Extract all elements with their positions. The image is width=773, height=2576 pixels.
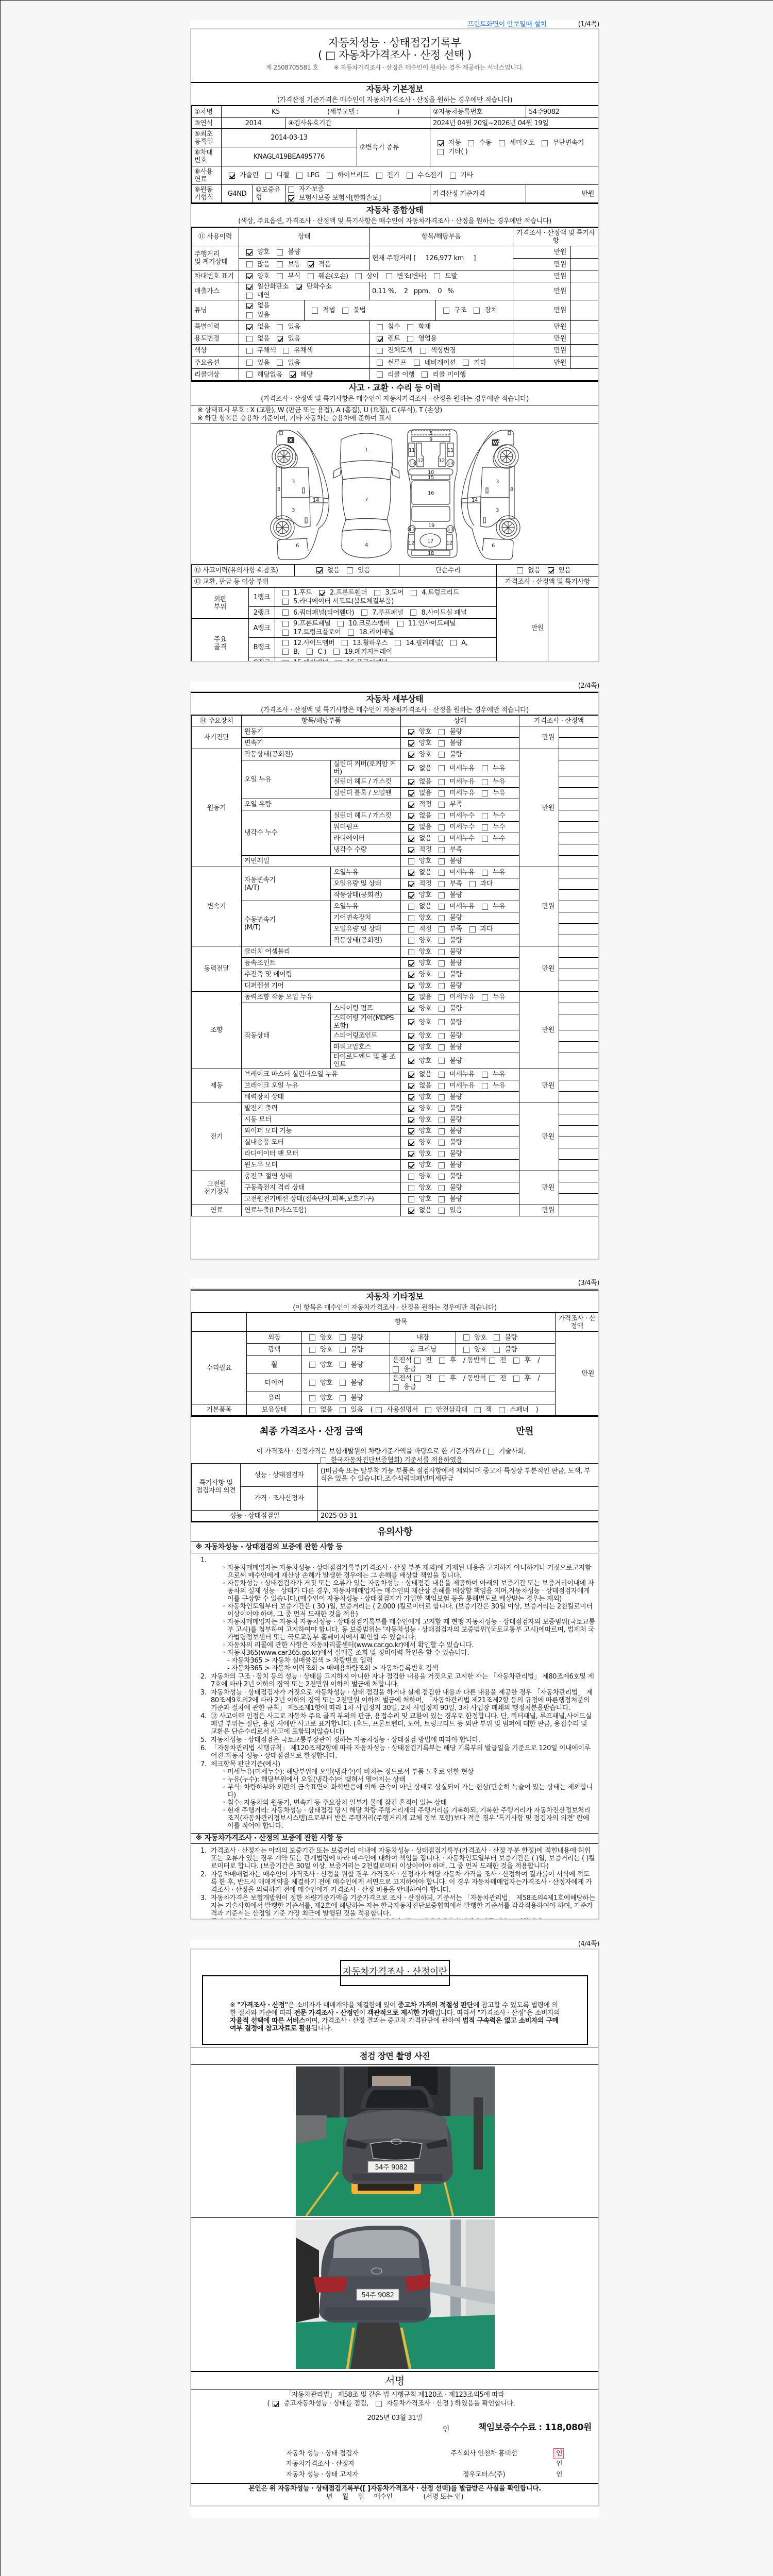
checkbox[interactable] xyxy=(338,621,344,627)
transmission-options-option[interactable]: 자동 xyxy=(438,139,461,147)
checked-checkbox[interactable] xyxy=(277,336,283,342)
rank-a-options-option[interactable]: 10.크로스멤버 xyxy=(338,619,390,628)
gloss-options-option[interactable]: 불량 xyxy=(340,1345,363,1354)
status-options-option[interactable]: 불량 xyxy=(439,1093,462,1101)
checked-checkbox[interactable] xyxy=(408,1151,414,1157)
checkbox[interactable] xyxy=(439,1174,445,1180)
checkbox[interactable] xyxy=(246,348,253,354)
status-options-option[interactable]: 없음 xyxy=(408,777,431,786)
rank-1-options-option[interactable]: 1.후드 xyxy=(282,588,312,597)
checked-checkbox[interactable] xyxy=(408,1044,414,1050)
status-options-option[interactable]: 양호 xyxy=(408,1004,431,1013)
status-options-option[interactable]: 불량 xyxy=(439,913,462,922)
checkbox[interactable] xyxy=(439,836,445,842)
status-options-option[interactable]: 불량 xyxy=(439,1018,462,1027)
vin-mark-options-option[interactable]: 양호 xyxy=(246,272,270,281)
checkbox[interactable] xyxy=(282,609,289,616)
status-options-option[interactable]: 양호 xyxy=(408,1195,431,1204)
checkbox[interactable] xyxy=(335,660,342,663)
glass-options-option[interactable]: 양호 xyxy=(309,1394,332,1402)
checkbox[interactable] xyxy=(439,765,445,771)
checkbox[interactable] xyxy=(246,293,253,299)
checkbox[interactable] xyxy=(414,360,420,366)
status-options-option[interactable]: 누유 xyxy=(482,789,505,798)
checkbox[interactable] xyxy=(307,649,313,655)
simple-repair-options-option[interactable]: 없음 xyxy=(517,566,540,575)
status-options-option[interactable]: 누유 xyxy=(482,902,505,911)
tuning-type-options-option[interactable]: 구조 xyxy=(443,306,466,315)
transmission-options-option[interactable]: 기타( ) xyxy=(438,147,467,156)
status-options-option[interactable]: 불량 xyxy=(439,857,462,866)
checkbox[interactable] xyxy=(482,904,488,910)
fuel-options-option[interactable]: 기타 xyxy=(450,171,473,180)
accident-history-options-option[interactable]: 있음 xyxy=(347,566,370,575)
tire-position-options-option[interactable]: 후 xyxy=(513,1374,530,1383)
special-history-items-option[interactable]: 침수 xyxy=(377,323,400,331)
checkbox[interactable] xyxy=(439,983,445,989)
status-options-option[interactable]: 누유 xyxy=(482,993,505,1002)
tuning-status-options-option[interactable]: 없음 xyxy=(246,301,301,310)
glass-options-option[interactable]: 불량 xyxy=(340,1394,363,1402)
recall-status-option[interactable]: 해당없음 xyxy=(246,370,282,379)
checked-checkbox[interactable] xyxy=(408,972,414,978)
checkbox[interactable] xyxy=(475,1407,481,1413)
checkbox[interactable] xyxy=(439,1019,445,1025)
status-options-option[interactable]: 부족 xyxy=(439,845,462,854)
checkbox[interactable] xyxy=(397,621,404,627)
status-options-option[interactable]: 미세누유 xyxy=(439,868,475,877)
status-options-option[interactable]: 불량 xyxy=(439,1031,462,1040)
basic-kit-options-option[interactable]: 잭 xyxy=(475,1405,492,1414)
checkbox[interactable] xyxy=(439,1117,445,1123)
checkbox[interactable] xyxy=(377,371,383,378)
rank-b-options-option[interactable]: B, xyxy=(282,648,299,656)
checked-checkbox[interactable] xyxy=(229,173,235,179)
usage-change-status-option[interactable]: 있음 xyxy=(277,334,300,343)
checked-checkbox[interactable] xyxy=(316,567,323,573)
checkbox[interactable] xyxy=(393,1384,399,1391)
vin-mark-options-option[interactable]: 훼손(오손) xyxy=(308,272,348,281)
checkbox[interactable] xyxy=(489,1358,495,1364)
fuel-options-option[interactable]: 전기 xyxy=(376,171,399,180)
vin-mark-options-option[interactable]: 부식 xyxy=(277,272,300,281)
checkbox[interactable] xyxy=(482,836,488,842)
checked-checkbox[interactable] xyxy=(319,590,325,596)
status-options-option[interactable]: 불량 xyxy=(439,1183,462,1192)
checkbox[interactable] xyxy=(482,1083,488,1089)
checkbox[interactable] xyxy=(439,881,445,887)
checked-checkbox[interactable] xyxy=(408,1072,414,1078)
checkbox[interactable] xyxy=(439,949,445,955)
fuel-options-option[interactable]: 디젤 xyxy=(265,171,289,180)
mileage-amount-options-option[interactable]: 많음 xyxy=(246,260,270,269)
tire-position-options-option[interactable]: 전 xyxy=(489,1374,506,1383)
status-options-option[interactable]: 미세누유 xyxy=(439,1070,475,1079)
status-options-option[interactable]: 불량 xyxy=(439,981,462,990)
status-options-option[interactable]: 양호 xyxy=(408,1172,431,1181)
checkbox[interactable] xyxy=(439,1162,445,1168)
checkbox[interactable] xyxy=(408,915,414,921)
checkbox[interactable] xyxy=(489,1376,495,1382)
fuel-options-option[interactable]: LPG xyxy=(296,171,320,180)
status-options-option[interactable]: 양호 xyxy=(408,1057,431,1065)
status-options-option[interactable]: 적정 xyxy=(408,800,431,809)
checkbox[interactable] xyxy=(333,649,340,655)
rank-b-options-option[interactable]: C ) xyxy=(307,648,326,656)
rank-a-options-option[interactable]: 17.트렁크플로어 xyxy=(282,628,341,637)
status-options-option[interactable]: 누수 xyxy=(482,811,505,820)
rank-1-options-option[interactable]: 4.트렁크리드 xyxy=(411,588,459,597)
recall-status-option[interactable]: 해당 xyxy=(290,370,313,379)
status-options-option[interactable]: 불량 xyxy=(439,947,462,956)
warranty-options-option[interactable]: 보험사보증 보험사[한화손보] xyxy=(288,194,381,202)
price-basis-statement-option[interactable]: 한국자동차진단보증협회) 기준서를 적용하였음 xyxy=(320,1456,462,1465)
checkbox[interactable] xyxy=(439,1058,445,1064)
status-options-option[interactable]: 없음 xyxy=(408,789,431,798)
checkbox[interactable] xyxy=(439,972,445,978)
checkbox[interactable] xyxy=(377,360,383,366)
rank-c-options-option[interactable]: 15.대쉬패널 xyxy=(282,658,328,662)
special-history-status-option[interactable]: 없음 xyxy=(246,323,270,331)
status-options-option[interactable]: 없음 xyxy=(408,811,431,820)
rank-b-options-option[interactable]: A, xyxy=(450,639,467,648)
basic-kit-options-option[interactable]: 사용설명서 xyxy=(376,1405,418,1414)
checked-checkbox[interactable] xyxy=(408,1162,414,1168)
checkbox[interactable] xyxy=(342,640,348,646)
accident-history-options-option[interactable]: 없음 xyxy=(316,566,340,575)
checkbox[interactable] xyxy=(414,1376,421,1382)
tuning-status-options-option[interactable]: 있음 xyxy=(246,311,301,319)
checkbox[interactable] xyxy=(469,926,476,933)
checkbox[interactable] xyxy=(439,790,445,796)
tuning-legality-options-option[interactable]: 불법 xyxy=(342,306,365,315)
interior-options-option[interactable]: 불량 xyxy=(494,1333,517,1342)
wheel-position-options-option[interactable]: 전 xyxy=(489,1356,506,1365)
checkbox[interactable] xyxy=(450,173,456,179)
checkbox[interactable] xyxy=(439,729,445,735)
checkbox[interactable] xyxy=(425,1407,431,1413)
basic-kit-options-option[interactable]: 안전삼각대 xyxy=(425,1405,467,1414)
checkbox[interactable] xyxy=(410,609,416,616)
main-options-status-option[interactable]: 있음 xyxy=(246,359,270,367)
checkbox[interactable] xyxy=(439,802,445,808)
status-options-option[interactable]: 적정 xyxy=(408,925,431,934)
checkbox[interactable] xyxy=(356,273,362,279)
status-options-option[interactable]: 미세누유 xyxy=(439,789,475,798)
status-options-option[interactable]: 미세누수 xyxy=(439,811,475,820)
checkbox[interactable] xyxy=(308,273,314,279)
checkbox[interactable] xyxy=(282,660,289,663)
wheel-position-options-option[interactable]: 후 xyxy=(439,1356,456,1365)
checked-checkbox[interactable] xyxy=(408,740,414,747)
status-options-option[interactable]: 불량 xyxy=(439,1115,462,1124)
checkbox[interactable] xyxy=(439,926,445,933)
checkbox[interactable] xyxy=(439,1083,445,1089)
mileage-amount-options-option[interactable]: 보통 xyxy=(277,260,300,269)
checkbox[interactable] xyxy=(513,1358,519,1364)
checkbox[interactable] xyxy=(288,187,294,193)
checked-checkbox[interactable] xyxy=(408,847,414,853)
rank-b-options-option[interactable]: 12.사이드멤버 xyxy=(282,639,334,648)
checkbox[interactable] xyxy=(439,779,445,785)
rank-a-options-option[interactable]: 18.리어패널 xyxy=(348,628,394,637)
checkbox[interactable] xyxy=(320,1458,326,1464)
status-options-option[interactable]: 미세누유 xyxy=(439,777,475,786)
checkbox[interactable] xyxy=(309,1334,315,1341)
checkbox[interactable] xyxy=(439,1128,445,1134)
status-options-option[interactable]: 양호 xyxy=(408,1104,431,1113)
checked-checkbox[interactable] xyxy=(408,1106,414,1112)
warranty-options-option[interactable]: 자가보증 xyxy=(288,185,324,194)
checkbox[interactable] xyxy=(309,1347,315,1353)
checkbox[interactable] xyxy=(282,590,289,596)
wheel-position-options-option[interactable]: 후 xyxy=(513,1356,530,1365)
status-options-option[interactable]: 누유 xyxy=(482,868,505,877)
checked-checkbox[interactable] xyxy=(408,836,414,842)
checkbox[interactable] xyxy=(327,173,333,179)
status-options-option[interactable]: 양호 xyxy=(408,913,431,922)
checked-checkbox[interactable] xyxy=(408,802,414,808)
status-options-option[interactable]: 양호 xyxy=(408,1149,431,1158)
checkbox[interactable] xyxy=(439,1072,445,1078)
status-options-option[interactable]: 과다 xyxy=(469,925,493,934)
checked-checkbox[interactable] xyxy=(408,779,414,785)
color-status-option[interactable]: 무채색 xyxy=(246,346,276,355)
mileage-amount-options-option[interactable]: 적음 xyxy=(308,260,331,269)
status-options-option[interactable]: 불량 xyxy=(439,750,462,759)
exterior-options-option[interactable]: 양호 xyxy=(309,1333,332,1342)
status-options-option[interactable]: 양호 xyxy=(408,727,431,736)
checkbox[interactable] xyxy=(265,173,272,179)
checkbox[interactable] xyxy=(439,740,445,747)
checked-checkbox[interactable] xyxy=(290,371,296,378)
vin-mark-options-option[interactable]: 도말 xyxy=(434,272,457,281)
checked-checkbox[interactable] xyxy=(408,1033,414,1039)
usage-change-items-option[interactable]: 영업용 xyxy=(407,334,436,343)
checked-checkbox[interactable] xyxy=(438,140,444,146)
checkbox[interactable] xyxy=(348,630,354,636)
rank-b-options-option[interactable]: 19.패키지트레이 xyxy=(333,648,392,656)
status-options-option[interactable]: 누유 xyxy=(482,1081,505,1090)
rank-a-options-option[interactable]: 9.프론트패널 xyxy=(282,619,330,628)
checkbox[interactable] xyxy=(377,348,383,354)
print-install-link[interactable]: 프린트화면이 안보일때 설치 xyxy=(467,20,546,29)
wheel-position-options-option[interactable]: 응급 xyxy=(393,1365,416,1374)
exterior-options-option[interactable]: 불량 xyxy=(340,1333,363,1342)
checkbox[interactable] xyxy=(408,1185,414,1191)
checked-checkbox[interactable] xyxy=(408,765,414,771)
checkbox[interactable] xyxy=(408,938,414,944)
checkbox[interactable] xyxy=(296,173,303,179)
checkbox[interactable] xyxy=(340,1347,346,1353)
checkbox[interactable] xyxy=(407,324,413,330)
rank-2-options-option[interactable]: 8.사이드실 패널 xyxy=(410,608,466,617)
status-options-option[interactable]: 없음 xyxy=(408,993,431,1002)
checkbox[interactable] xyxy=(340,1362,346,1368)
checkbox[interactable] xyxy=(309,1407,315,1413)
checkbox[interactable] xyxy=(443,308,449,314)
checked-checkbox[interactable] xyxy=(408,892,414,899)
status-options-option[interactable]: 없음 xyxy=(408,764,431,773)
checkbox[interactable] xyxy=(414,1358,421,1364)
checkbox[interactable] xyxy=(474,308,480,314)
rank-2-options-option[interactable]: 6.쿼터패널(리어휀다) xyxy=(282,608,354,617)
checked-checkbox[interactable] xyxy=(408,1094,414,1100)
status-options-option[interactable]: 미세누유 xyxy=(439,993,475,1002)
tuning-type-options-option[interactable]: 장치 xyxy=(474,306,497,315)
checkbox[interactable] xyxy=(499,1407,505,1413)
checkbox[interactable] xyxy=(439,938,445,944)
checkbox[interactable] xyxy=(361,609,367,616)
checkbox[interactable] xyxy=(340,1380,346,1386)
status-options-option[interactable]: 불량 xyxy=(439,1149,462,1158)
color-items-option[interactable]: 색상변경 xyxy=(420,346,456,355)
checkbox[interactable] xyxy=(439,1033,445,1039)
status-options-option[interactable]: 미세누유 xyxy=(439,902,475,911)
checkbox[interactable] xyxy=(393,1366,399,1372)
basic-kit-options-option[interactable]: 있음 xyxy=(340,1405,363,1414)
status-options-option[interactable]: 없음 xyxy=(408,834,431,843)
main-options-status-option[interactable]: 없음 xyxy=(277,359,300,367)
checked-checkbox[interactable] xyxy=(408,752,414,758)
special-history-status-option[interactable]: 있음 xyxy=(277,323,300,331)
checkbox[interactable] xyxy=(312,308,318,314)
simple-repair-options-option[interactable]: 있음 xyxy=(548,566,571,575)
room-cleaning-options-option[interactable]: 불량 xyxy=(494,1345,517,1354)
recall-items-option[interactable]: 리콜 이행 xyxy=(377,370,414,379)
checkbox[interactable] xyxy=(309,1380,315,1386)
checkbox[interactable] xyxy=(482,994,488,1001)
emission-options-option[interactable]: 탄화수소 xyxy=(296,282,332,291)
checkbox[interactable] xyxy=(408,949,414,955)
rank-b-options-option[interactable]: 14.필러패널( xyxy=(395,639,443,648)
checked-checkbox[interactable] xyxy=(408,994,414,1001)
tire-position-options-option[interactable]: 후 xyxy=(439,1374,456,1383)
basic-kit-options-option[interactable]: 스패너 xyxy=(499,1405,528,1414)
rank-1-options-option[interactable]: 5.라디에이터 서포트(볼트체결부품) xyxy=(282,597,394,606)
checkbox[interactable] xyxy=(340,1395,346,1401)
recall-items-option[interactable]: 리콜 미이행 xyxy=(422,370,466,379)
checkbox[interactable] xyxy=(376,2401,382,2407)
checkbox[interactable] xyxy=(439,1185,445,1191)
checked-checkbox[interactable] xyxy=(408,1117,414,1123)
checkbox[interactable] xyxy=(439,847,445,853)
status-options-option[interactable]: 미세누유 xyxy=(439,1081,475,1090)
checked-checkbox[interactable] xyxy=(408,960,414,967)
color-status-option[interactable]: 유채색 xyxy=(283,346,312,355)
checked-checkbox[interactable] xyxy=(246,303,253,309)
checkbox[interactable] xyxy=(439,1196,445,1202)
checkbox[interactable] xyxy=(438,149,444,155)
checkbox[interactable] xyxy=(450,640,457,646)
checkbox[interactable] xyxy=(439,1208,445,1214)
status-options-option[interactable]: 불량 xyxy=(439,739,462,748)
status-options-option[interactable]: 누수 xyxy=(482,823,505,832)
checked-checkbox[interactable] xyxy=(408,983,414,989)
gauge-condition-options-option[interactable]: 불량 xyxy=(277,248,300,257)
checkbox[interactable] xyxy=(376,1407,382,1413)
checked-checkbox[interactable] xyxy=(246,324,253,330)
status-options-option[interactable]: 불량 xyxy=(439,1138,462,1147)
special-history-items-option[interactable]: 화재 xyxy=(407,323,430,331)
checkbox[interactable] xyxy=(282,649,289,655)
status-options-option[interactable]: 불량 xyxy=(439,1161,462,1170)
checked-checkbox[interactable] xyxy=(308,261,314,267)
status-options-option[interactable]: 양호 xyxy=(408,959,431,968)
checked-checkbox[interactable] xyxy=(408,1128,414,1134)
status-options-option[interactable]: 미세누유 xyxy=(439,764,475,773)
checkbox[interactable] xyxy=(282,621,289,627)
checkbox[interactable] xyxy=(439,813,445,819)
status-options-option[interactable]: 불량 xyxy=(439,1127,462,1136)
transmission-options-option[interactable]: 무단변속기 xyxy=(542,139,584,147)
gauge-condition-options-option[interactable]: 양호 xyxy=(246,248,270,257)
checkbox[interactable] xyxy=(340,1334,346,1341)
tire-position-options-option[interactable]: 전 xyxy=(414,1374,431,1383)
status-options-option[interactable]: 양호 xyxy=(408,1031,431,1040)
status-options-option[interactable]: 적정 xyxy=(408,845,431,854)
status-options-option[interactable]: 양호 xyxy=(408,947,431,956)
status-options-option[interactable]: 양호 xyxy=(408,1183,431,1192)
main-options-items-option[interactable]: 썬루프 xyxy=(377,359,406,367)
checkbox[interactable] xyxy=(408,858,414,865)
inspection-confirmation-option[interactable]: 자동차가격조사 · 산정 ) 하였음을 확인합니다. xyxy=(376,2399,515,2408)
interior-options-option[interactable]: 양호 xyxy=(463,1333,486,1342)
status-options-option[interactable]: 불량 xyxy=(439,1195,462,1204)
status-options-option[interactable]: 누유 xyxy=(482,764,505,773)
checkbox[interactable] xyxy=(439,904,445,910)
checkbox[interactable] xyxy=(376,173,382,179)
status-options-option[interactable]: 불량 xyxy=(439,1104,462,1113)
checkbox[interactable] xyxy=(439,858,445,865)
status-options-option[interactable]: 없음 xyxy=(408,1206,431,1215)
fuel-options-option[interactable]: 수소전기 xyxy=(407,171,443,180)
checked-checkbox[interactable] xyxy=(408,790,414,796)
checkbox[interactable] xyxy=(482,1072,488,1078)
checkbox[interactable] xyxy=(482,790,488,796)
checkbox[interactable] xyxy=(439,824,445,831)
status-options-option[interactable]: 양호 xyxy=(408,936,431,945)
status-options-option[interactable]: 없음 xyxy=(408,902,431,911)
vin-mark-options-option[interactable]: 변조(변타) xyxy=(386,272,427,281)
status-options-option[interactable]: 양호 xyxy=(408,750,431,759)
basic-kit-options-option[interactable]: 없음 xyxy=(309,1405,332,1414)
status-options-option[interactable]: 누수 xyxy=(482,834,505,843)
status-options-option[interactable]: 없음 xyxy=(408,823,431,832)
rank-1-options-option[interactable]: 2.프론트휀더 xyxy=(319,588,367,597)
checkbox[interactable] xyxy=(439,752,445,758)
rank-c-options-option[interactable]: 16.플로어패널 xyxy=(335,658,388,662)
status-options-option[interactable]: 부족 xyxy=(439,879,462,888)
tire-position-options-option[interactable]: 응급 xyxy=(393,1383,416,1392)
checkbox[interactable] xyxy=(439,1358,445,1364)
checked-checkbox[interactable] xyxy=(246,273,253,279)
checkbox[interactable] xyxy=(482,765,488,771)
status-options-option[interactable]: 불량 xyxy=(439,1043,462,1052)
checkbox[interactable] xyxy=(439,960,445,967)
checked-checkbox[interactable] xyxy=(408,1208,414,1214)
checkbox[interactable] xyxy=(277,249,283,256)
main-options-items-option[interactable]: 기타 xyxy=(463,359,486,367)
checked-checkbox[interactable] xyxy=(408,1019,414,1025)
checkbox[interactable] xyxy=(282,640,289,646)
checked-checkbox[interactable] xyxy=(408,824,414,831)
status-options-option[interactable]: 양호 xyxy=(408,891,431,900)
rank-a-options-option[interactable]: 11.인사이드패널 xyxy=(397,619,456,628)
checkbox[interactable] xyxy=(246,360,253,366)
status-options-option[interactable]: 없음 xyxy=(408,1070,431,1079)
checkbox[interactable] xyxy=(439,1140,445,1146)
